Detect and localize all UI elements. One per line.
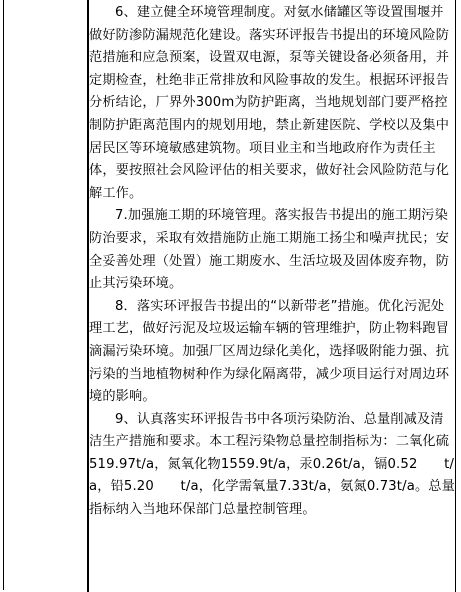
paragraph-item-7: 7.加强施工期的环境管理。落实报告书提出的施工期污染防治要求，采取有效措施防止施… [89,205,455,295]
table-border-right [455,0,456,592]
paragraph-item-6: 6、建立健全环境管理制度。对氨水储罐区等设置围堰并做好防渗防漏规范化建设。落实环… [89,2,455,205]
document-table: 6、建立健全环境管理制度。对氨水储罐区等设置围堰并做好防渗防漏规范化建设。落实环… [0,0,461,592]
paragraph-item-8: 8．落实环评报告书提出的“以新带老”措施。优化污泥处理工艺，做好污泥及垃圾运输车… [89,296,455,409]
content-cell: 6、建立健全环境管理制度。对氨水储罐区等设置围堰并做好防渗防漏规范化建设。落实环… [89,2,455,522]
label-cell [4,0,87,592]
paragraph-item-9: 9、认真落实环评报告书中各项污染防治、总量削减及清洁生产措施和要求。本工程污染物… [89,409,455,522]
